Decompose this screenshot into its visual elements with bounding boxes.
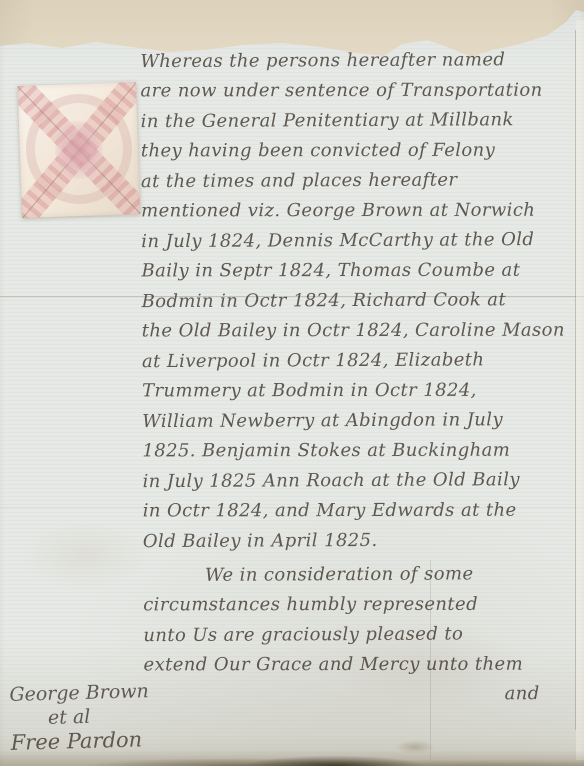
- manuscript-line: 1825. Benjamin Stokes at Buckingham: [142, 436, 578, 467]
- manuscript-photo: Whereas the persons hereafter named are …: [0, 0, 584, 766]
- manuscript-line: they having been convicted of Felony: [141, 136, 577, 167]
- paper-stain: [20, 520, 150, 590]
- manuscript-line: We in consideration of some: [143, 559, 579, 591]
- docket-annotation: George Brown et al Free Pardon: [9, 677, 231, 755]
- paragraph-2: We in consideration of some circumstance…: [143, 559, 580, 681]
- seal-stamp-crest: [54, 120, 104, 180]
- manuscript-line: Bodmin in Octr 1824, Richard Cook at: [142, 285, 578, 317]
- manuscript-line: the Old Bailey in Octr 1824, Caroline Ma…: [142, 316, 578, 347]
- manuscript-line: Baily in Septr 1824, Thomas Coumbe at: [141, 256, 577, 287]
- manuscript-line: at Liverpool in Octr 1824, Elizabeth: [142, 345, 578, 377]
- manuscript-line: in Octr 1824, and Mary Edwards at the: [143, 496, 579, 527]
- manuscript-line: Whereas the persons hereafter named: [140, 45, 576, 77]
- manuscript-text: Whereas the persons hereafter named are …: [140, 45, 579, 711]
- manuscript-line: unto Us are graciously pleased to: [143, 619, 579, 651]
- paragraph-1: Whereas the persons hereafter named are …: [140, 45, 579, 557]
- manuscript-line: extend Our Grace and Mercy unto them: [143, 650, 579, 681]
- manuscript-line: at the times and places hereafter: [141, 165, 577, 197]
- manuscript-line: William Newberry at Abingdon in July: [142, 405, 578, 437]
- manuscript-line: in July 1824, Dennis McCarthy at the Old: [141, 225, 577, 257]
- red-wafer-seal: [18, 82, 141, 218]
- manuscript-line: in the General Penitentiary at Millbank: [141, 105, 577, 137]
- manuscript-line: are now under sentence of Transportation: [140, 76, 576, 107]
- manuscript-line: circumstances humbly represented: [143, 590, 579, 621]
- manuscript-line: Old Bailey in April 1825.: [143, 525, 579, 557]
- manuscript-line: Trummery at Bodmin in Octr 1824,: [142, 376, 578, 407]
- manuscript-line: in July 1825 Ann Roach at the Old Baily: [142, 465, 578, 497]
- manuscript-line: mentioned viz. George Brown at Norwich: [141, 196, 577, 227]
